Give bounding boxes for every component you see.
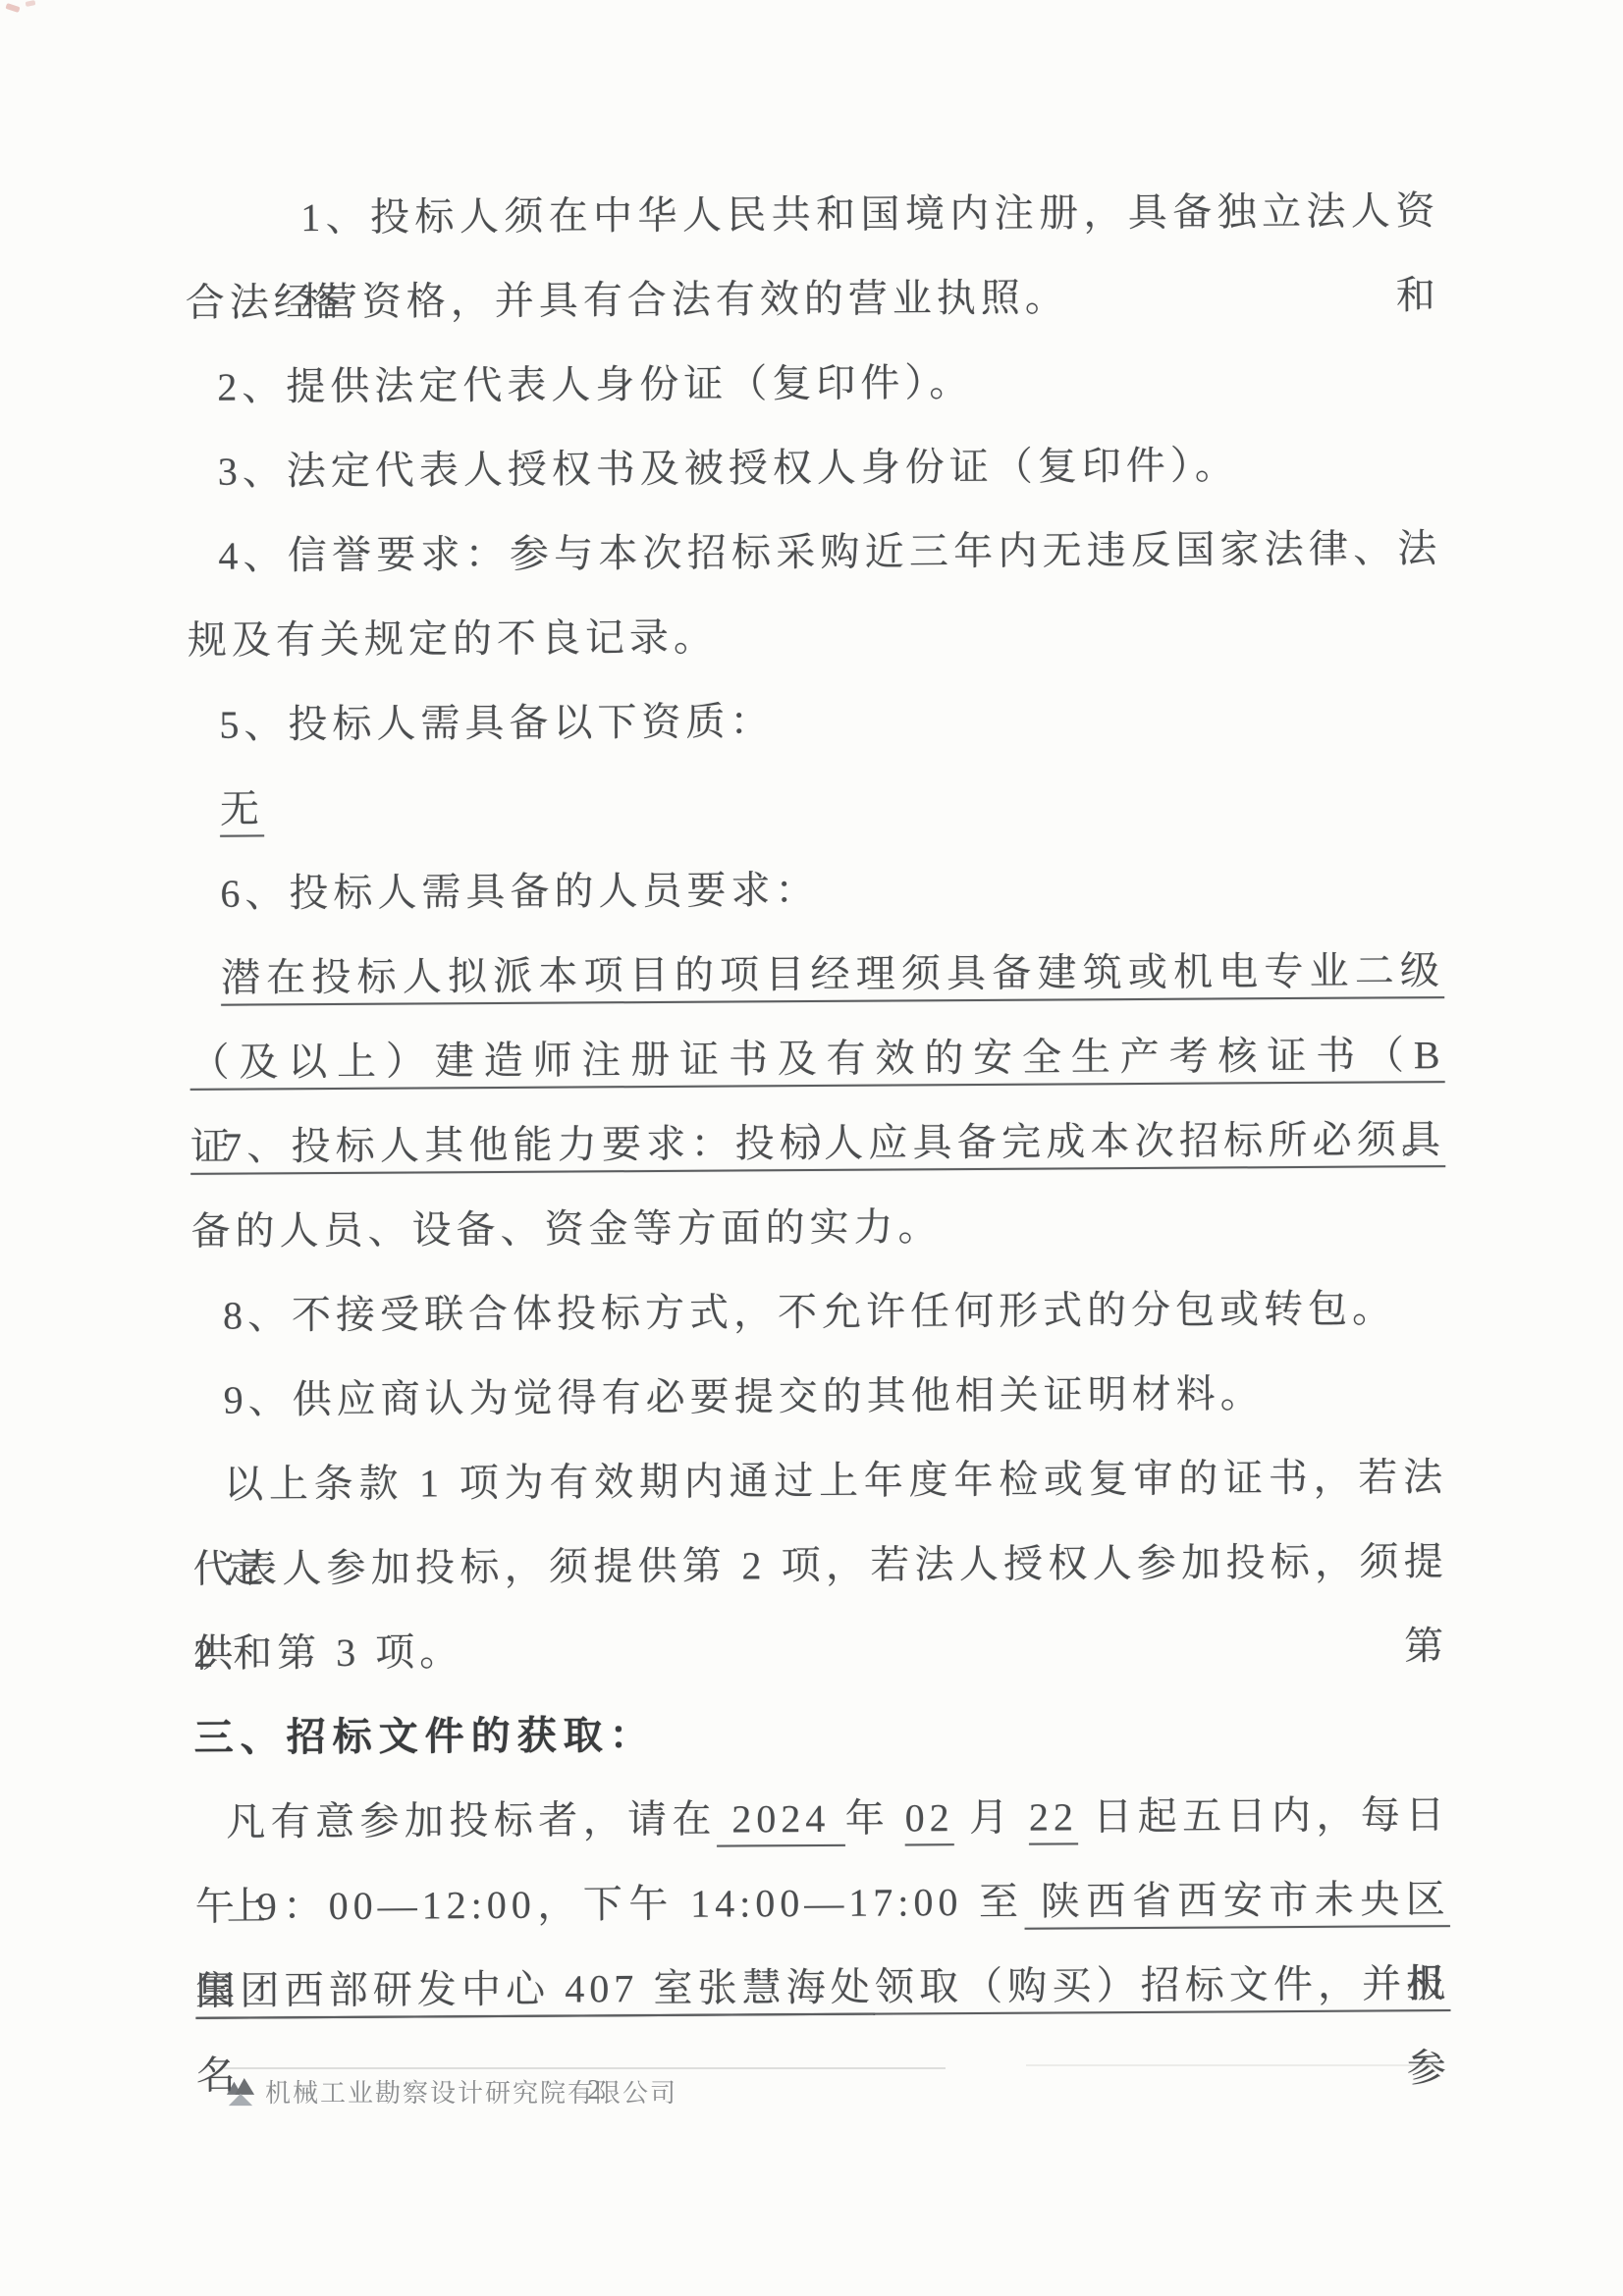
text-segment: 2、提供法定代表人身份证（复印件）。 [217,360,973,409]
text-segment: 月 [953,1795,1029,1840]
document-line: 以上条款 1 项为有效期内通过上年度年检或复审的证书，若法定 [192,1435,1448,1527]
document-line: 集团西部研发中心 407 室张慧海处领取（购买）招标文件，并报名参 [195,1942,1451,2034]
underlined-text: 无 [220,786,264,830]
document-line: 潜在投标人拟派本项目的项目经理须具备建筑或机电专业二级 [189,929,1445,1021]
document-line: （及以上）建造师注册证书及有效的安全生产考核证书（B 证）。 [189,1013,1445,1105]
document-line: 午 9：00—12:00，下午 14:00—17:00 至 陕西省西安市未央区国… [195,1857,1451,1949]
text-segment: 备的人员、设备、资金等方面的实力。 [190,1204,942,1254]
text-segment: 午 9：00—12:00，下午 14:00—17:00 至 [195,1880,1025,1929]
underlined-text: 02 [904,1795,953,1840]
underlined-text: 潜在投标人拟派本项目的项目经理须具备建筑或机电专业二级 [221,948,1444,1000]
document-line: 2、提供法定代表人身份证（复印件）。 [186,338,1441,430]
underlined-text: 2024 [717,1796,845,1842]
company-mountain-logo-icon [226,2075,255,2109]
document-body: 1、投标人须在中华人民共和国境内注册，具备独立法人资格和合法经营资格，并具有合法… [185,169,1451,2034]
text-segment: 9、供应商认为觉得有必要提交的其他相关证明材料。 [223,1371,1264,1421]
document-line: 7、投标人其他能力要求：投标人应具备完成本次招标所必须具 [190,1097,1446,1190]
document-line: 8、不接受联合体投标方式，不允许任何形式的分包或转包。 [191,1266,1447,1359]
footer-branding: 机械工业勘察设计研究院有限公司 [226,2073,677,2109]
document-line: 9、供应商认为觉得有必要提交的其他相关证明材料。 [191,1351,1447,1443]
scan-artifact [5,3,20,13]
text-segment: 规及有关规定的不良记录。 [188,615,718,663]
document-line: 规及有关规定的不良记录。 [188,591,1443,683]
text-segment: 3、法定代表人授权书及被授权人身份证（复印件）。 [218,443,1239,493]
document-line: 1、投标人须在中华人民共和国境内注册，具备独立法人资格和 [185,169,1440,261]
underlined-text: 集团西部研发中心 407 室张慧海处 [195,1965,875,2013]
text-segment: 凡有意参加投标者，请在 [226,1797,717,1844]
page-number: 2 [587,2075,601,2107]
document-page: 1、投标人须在中华人民共和国境内注册，具备独立法人资格和合法经营资格，并具有合法… [0,0,1623,2296]
text-segment: 7、投标人其他能力要求：投标人应具备完成本次招标所必须具 [222,1117,1445,1169]
document-line: 6、投标人需具备的人员要求： [189,844,1444,936]
section-heading: 三、招标文件的获取： [193,1688,1449,1781]
document-line: 5、投标人需具备以下资质： [188,675,1443,768]
text-segment: 8、不接受联合体投标方式，不允许任何形式的分包或转包。 [223,1286,1396,1337]
footer-company-name: 机械工业勘察设计研究院有限公司 [265,2073,677,2109]
document-line: 代表人参加投标，须提供第 2 项，若法人授权人参加投标，须提供第 [192,1520,1448,1612]
document-line: 备的人员、设备、资金等方面的实力。 [190,1182,1446,1274]
document-line: 4、信誉要求：参与本次招标采购近三年内无违反国家法律、法 [187,507,1442,599]
text-segment: 三、招标文件的获取： [194,1713,656,1760]
footer-divider-faint [1026,2064,1438,2066]
text-segment: 2 和第 3 项。 [193,1629,463,1676]
text-segment: 合法经营资格，并具有合法有效的营业执照。 [186,275,1069,324]
text-segment: 年 [845,1795,905,1840]
text-segment: 6、投标人需具备的人员要求： [220,868,819,916]
text-segment: 4、信誉要求：参与本次招标采购近三年内无违反国家法律、法 [218,526,1441,578]
document-line: 无 [189,760,1444,852]
scan-artifact [26,0,36,7]
footer-divider [224,2067,946,2069]
document-line: 凡有意参加投标者，请在 2024 年 02 月 22 日起五日内，每日上 [194,1773,1450,1865]
document-line: 3、法定代表人授权书及被授权人身份证（复印件）。 [187,422,1442,514]
underlined-text: 22 [1029,1794,1078,1839]
text-segment: 5、投标人需具备以下资质： [219,699,774,746]
page-footer: 机械工业勘察设计研究院有限公司 2 [0,2061,1623,2130]
